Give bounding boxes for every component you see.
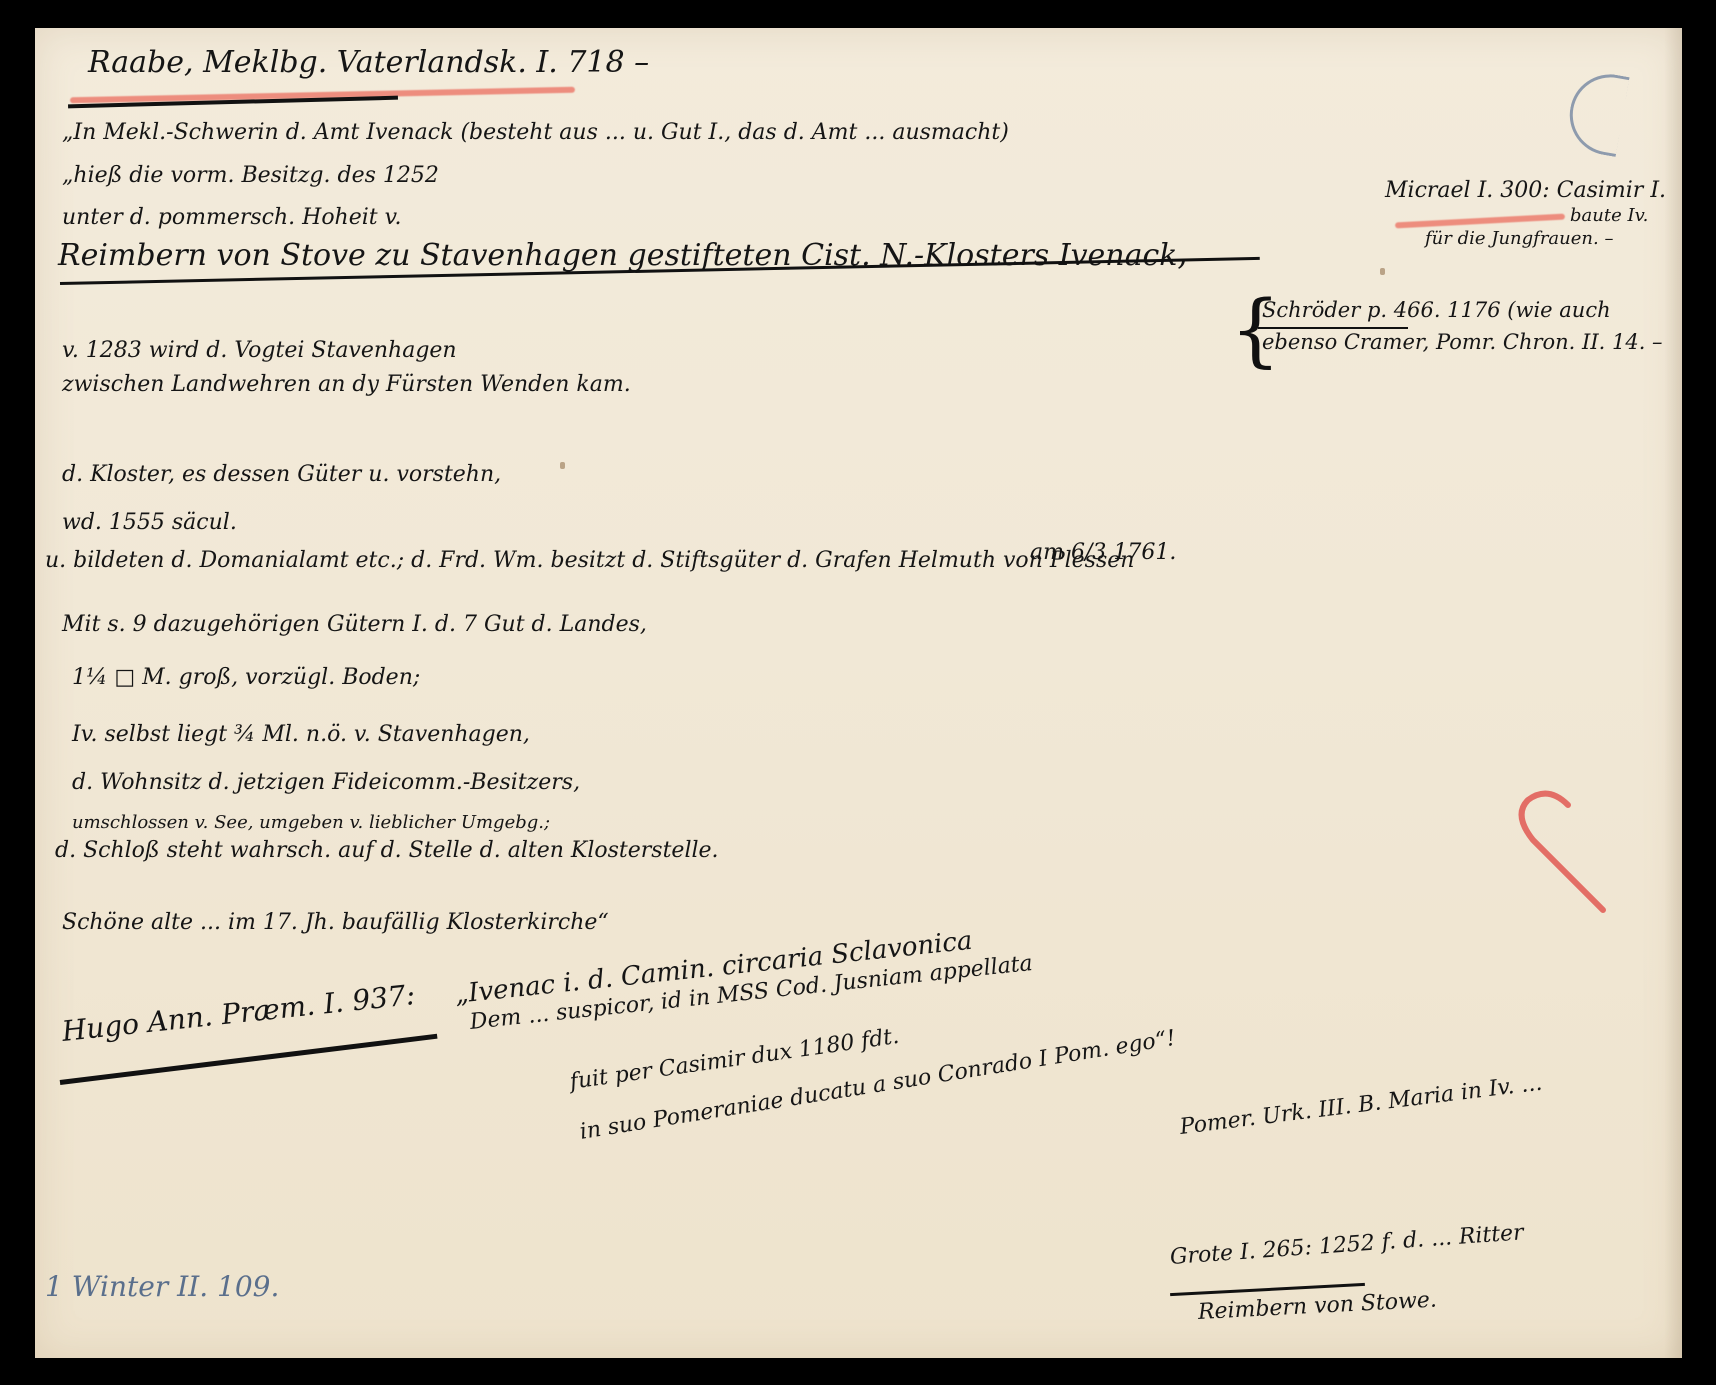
body-line: umschlossen v. See, umgeben v. liebliche… [72, 812, 550, 833]
winter-pencil-note: 1 Winter II. 109. [45, 1270, 279, 1303]
paper-stain [1380, 268, 1385, 275]
schroeder-underline [1258, 327, 1408, 329]
body-line: 1¼ □ M. groß, vorzügl. Boden; [72, 665, 420, 690]
body-line: d. Wohnsitz d. jetzigen Fideicomm.-Besit… [72, 770, 580, 795]
margin-schroeder-2: ebenso Cramer, Pomr. Chron. II. 14. – [1262, 330, 1663, 354]
body-line: u. bildeten d. Domanialamt etc.; d. Frd.… [45, 548, 1134, 573]
body-line: unter d. pommersch. Hoheit v. [62, 205, 401, 230]
body-line-reimbern: Reimbern von Stove zu Stavenhagen gestif… [58, 238, 1187, 273]
margin-micrael-3: für die Jungfrauen. – [1425, 228, 1613, 249]
body-line: wd. 1555 säcul. [62, 510, 237, 535]
body-line: zwischen Landwehren an dy Fürsten Wenden… [62, 372, 631, 397]
body-line: „In Mekl.-Schwerin d. Amt Ivenack (beste… [62, 120, 1009, 145]
body-line: „hieß die vorm. Besitzg. des 1252 [62, 163, 439, 188]
body-line: d. Schloß steht wahrsch. auf d. Stelle d… [55, 838, 719, 863]
margin-micrael-2: baute Iv. [1570, 205, 1648, 226]
body-line: d. Kloster, es dessen Güter u. vorstehn, [62, 462, 501, 487]
paper-stain [560, 462, 565, 469]
margin-micrael-1: Micrael I. 300: Casimir I. [1385, 178, 1666, 203]
red-crayon-mark [1508, 770, 1628, 930]
body-line-date: am 6/3 1761. [1030, 540, 1176, 565]
header-text: Raabe, Meklbg. Vaterlandsk. I. 718 – [88, 45, 649, 80]
margin-schroeder-1: Schröder p. 466. 1176 (wie auch [1262, 298, 1611, 322]
header-citation: Raabe, Meklbg. Vaterlandsk. I. 718 – [88, 45, 649, 80]
body-line: Iv. selbst liegt ¾ Ml. n.ö. v. Stavenhag… [72, 722, 530, 747]
body-line: v. 1283 wird d. Vogtei Stavenhagen [62, 338, 457, 363]
body-line: Mit s. 9 dazugehörigen Gütern I. d. 7 Gu… [62, 612, 647, 637]
body-line: Schöne alte ... im 17. Jh. baufällig Klo… [62, 910, 609, 935]
